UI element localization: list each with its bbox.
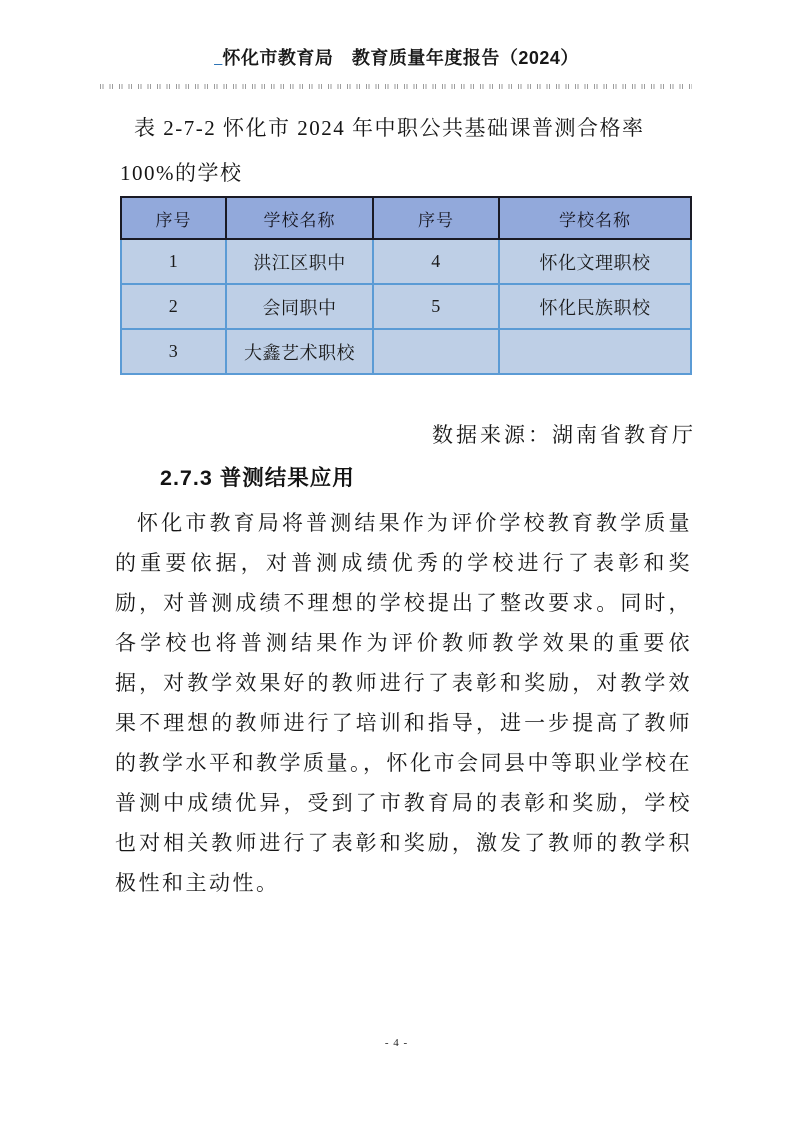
body-paragraph: 怀化市教育局将普测结果作为评价学校教育教学质量的重要依据，对普测成绩优秀的学校进… (115, 503, 692, 903)
column-header-school-1: 学校名称 (226, 197, 373, 239)
schools-table: 序号 学校名称 序号 学校名称 1 洪江区职中 4 怀化文理职校 2 会同职中 … (120, 196, 692, 375)
section-heading: 2.7.3 普测结果应用 (160, 461, 355, 492)
table-caption: 表 2-7-2 怀化市 2024 年中职公共基础课普测合格率 100%的学校 (120, 106, 700, 196)
column-header-school-2: 学校名称 (499, 197, 691, 239)
data-source-note: 数据来源：湖南省教育厅 (432, 419, 696, 449)
school-name-cell: 洪江区职中 (226, 239, 373, 284)
table-row: 3 大鑫艺术职校 (121, 329, 691, 374)
doc-header: _怀化市教育局 教育质量年度报告（2024） (0, 44, 793, 70)
header-dotted-rule (100, 84, 692, 89)
serial-cell: 3 (121, 329, 226, 374)
school-name-cell: 会同职中 (226, 284, 373, 329)
school-name-cell (499, 329, 691, 374)
page-number: - 4 - (0, 1037, 793, 1049)
school-name-cell: 大鑫艺术职校 (226, 329, 373, 374)
caption-line-2: 100%的学校 (120, 151, 700, 196)
school-name-cell: 怀化文理职校 (499, 239, 691, 284)
table-row: 1 洪江区职中 4 怀化文理职校 (121, 239, 691, 284)
column-header-serial-1: 序号 (121, 197, 226, 239)
serial-cell: 4 (373, 239, 499, 284)
serial-cell (373, 329, 499, 374)
serial-cell: 1 (121, 239, 226, 284)
serial-cell: 2 (121, 284, 226, 329)
table-row: 2 会同职中 5 怀化民族职校 (121, 284, 691, 329)
table-header-row: 序号 学校名称 序号 学校名称 (121, 197, 691, 239)
school-name-cell: 怀化民族职校 (499, 284, 691, 329)
document-page: _怀化市教育局 教育质量年度报告（2024） 表 2-7-2 怀化市 2024 … (0, 0, 793, 1122)
serial-cell: 5 (373, 284, 499, 329)
doc-header-title: 怀化市教育局 教育质量年度报告（2024） (222, 48, 579, 68)
column-header-serial-2: 序号 (373, 197, 499, 239)
caption-line-1: 表 2-7-2 怀化市 2024 年中职公共基础课普测合格率 (120, 106, 700, 151)
